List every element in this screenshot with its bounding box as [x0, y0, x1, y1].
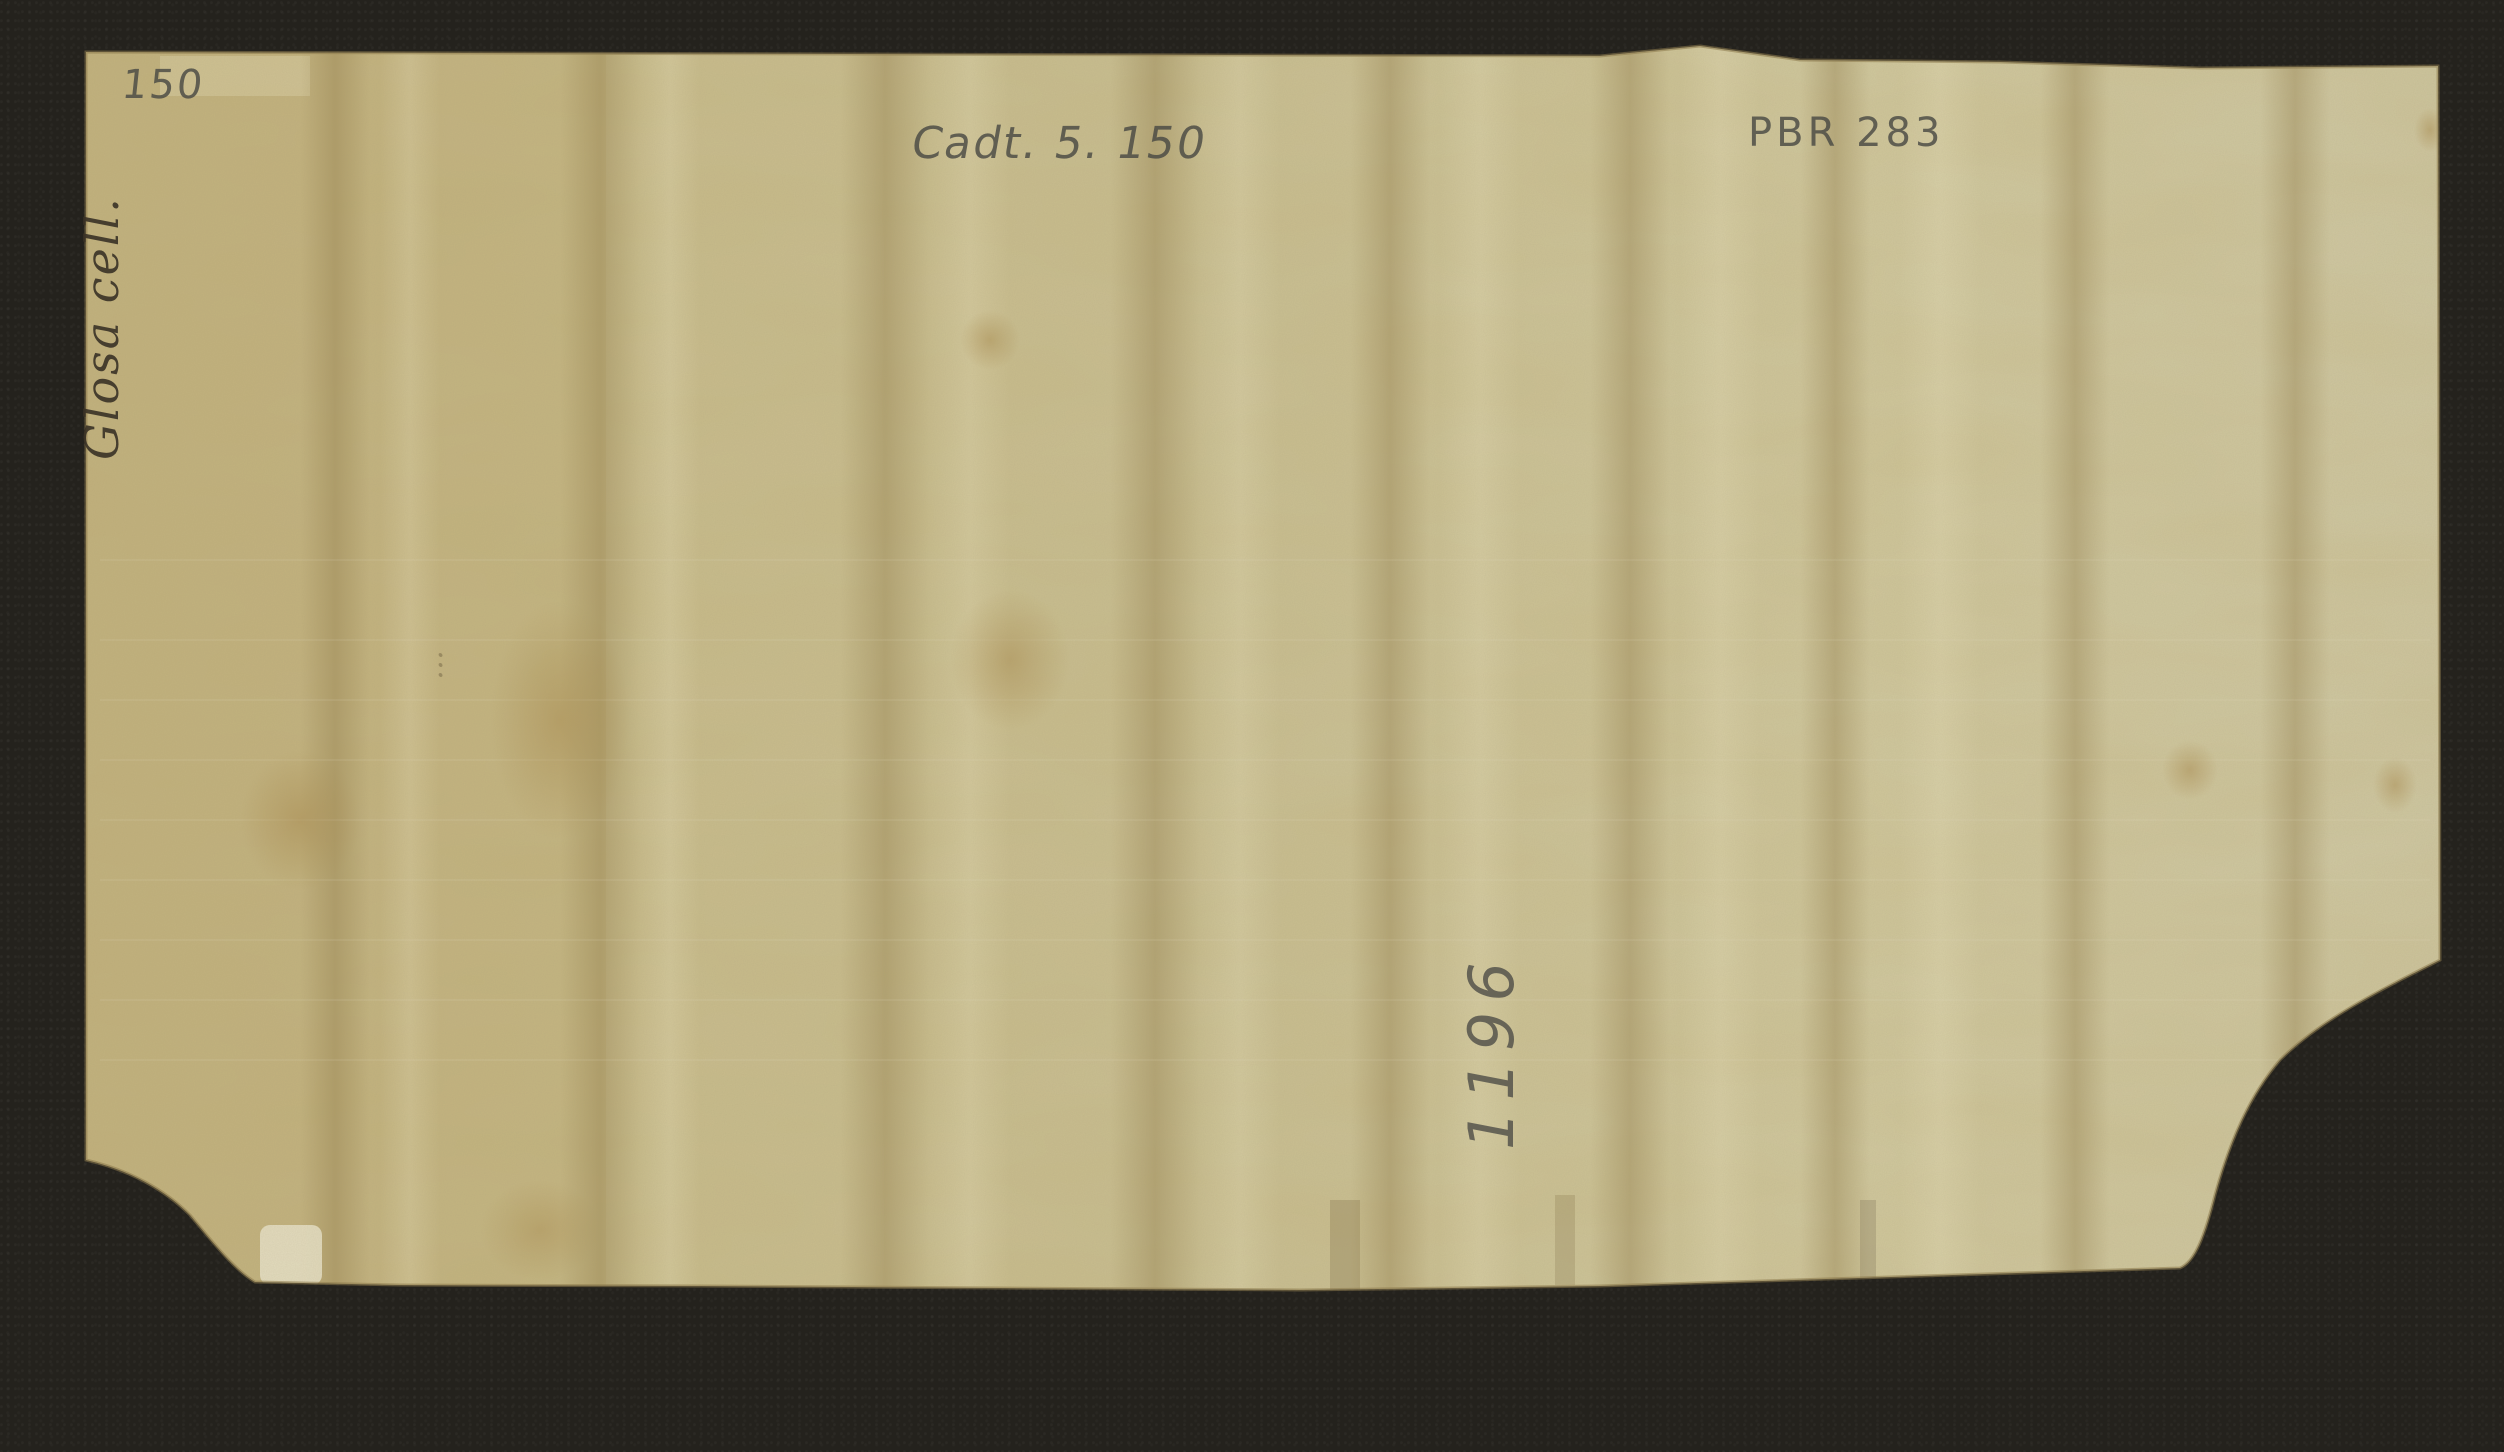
faint-dorsal-note: … — [415, 647, 450, 680]
year-annotation: 1196 — [1455, 952, 1528, 1150]
folio-number-annotation: 150 — [120, 62, 207, 108]
medieval-dorsal-note: Glosa cell. — [75, 196, 129, 460]
parchment-sheet — [0, 0, 2504, 1452]
shelfmark-annotation: Cadt. 5. 150 — [908, 118, 1212, 169]
parchment-document: 150 Cadt. 5. 150 PBR 283 Glosa cell. … 1… — [0, 0, 2504, 1452]
reference-annotation: PBR 283 — [1748, 110, 1944, 156]
